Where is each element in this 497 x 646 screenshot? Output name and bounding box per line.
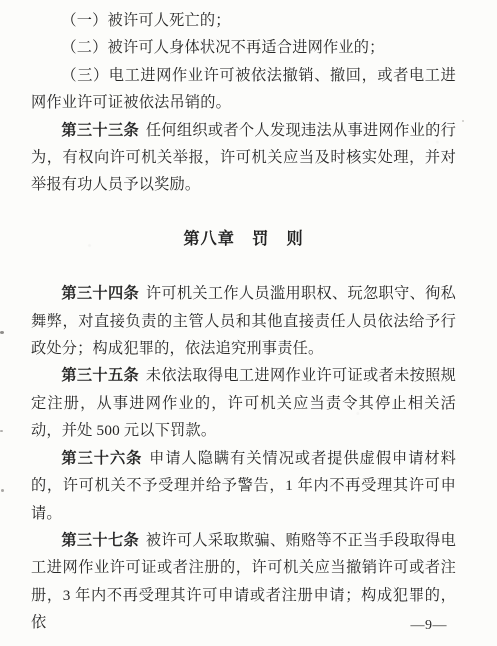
clause-text: （一）被许可人死亡的； [61,12,230,29]
article-35: 第三十五条未依法取得电工进网作业许可证或者未按照规定注册，从事进网作业的，许可机… [31,362,456,444]
clause-text: （三）电工进网作业许可被依法撤销、撤回，或者电工进网作业许可证被依法吊销的。 [31,67,456,111]
scanned-document-page: （一）被许可人死亡的； （二）被许可人身体状况不再适合进网作业的； （三）电工进… [0,0,497,646]
article-number: 第三十四条 [61,285,139,302]
scan-speck [0,430,3,432]
clause-item-1: （一）被许可人死亡的； [31,7,456,34]
clause-text: （二）被许可人身体状况不再适合进网作业的； [61,39,384,56]
article-37: 第三十七条被许可人采取欺骗、贿赂等不正当手段取得电工进网作业许可证或者注册的，许… [31,527,456,637]
clause-item-2: （二）被许可人身体状况不再适合进网作业的； [31,34,456,61]
scan-speck [0,331,4,334]
article-33: 第三十三条任何组织或者个人发现违法从事进网作业的行为，有权向许可机关举报，许可机… [31,117,456,199]
chapter-heading: 第八章 罚 则 [31,226,456,253]
article-number: 第三十五条 [61,367,139,384]
article-number: 第三十三条 [61,122,139,139]
article-number: 第三十六条 [61,450,142,467]
document-body: （一）被许可人死亡的； （二）被许可人身体状况不再适合进网作业的； （三）电工进… [0,0,497,637]
article-number: 第三十七条 [61,532,139,549]
page-number: —9— [411,617,448,635]
article-34: 第三十四条许可机关工作人员滥用职权、玩忽职守、徇私舞弊，对直接负责的主管人员和其… [31,280,456,362]
scan-speck [1,489,4,492]
scan-speck [462,120,464,122]
clause-item-3: （三）电工进网作业许可被依法撤销、撤回，或者电工进网作业许可证被依法吊销的。 [31,62,456,117]
article-36: 第三十六条申请人隐瞒有关情况或者提供虚假申请材料的，许可机关不予受理并给予警告，… [31,445,456,527]
